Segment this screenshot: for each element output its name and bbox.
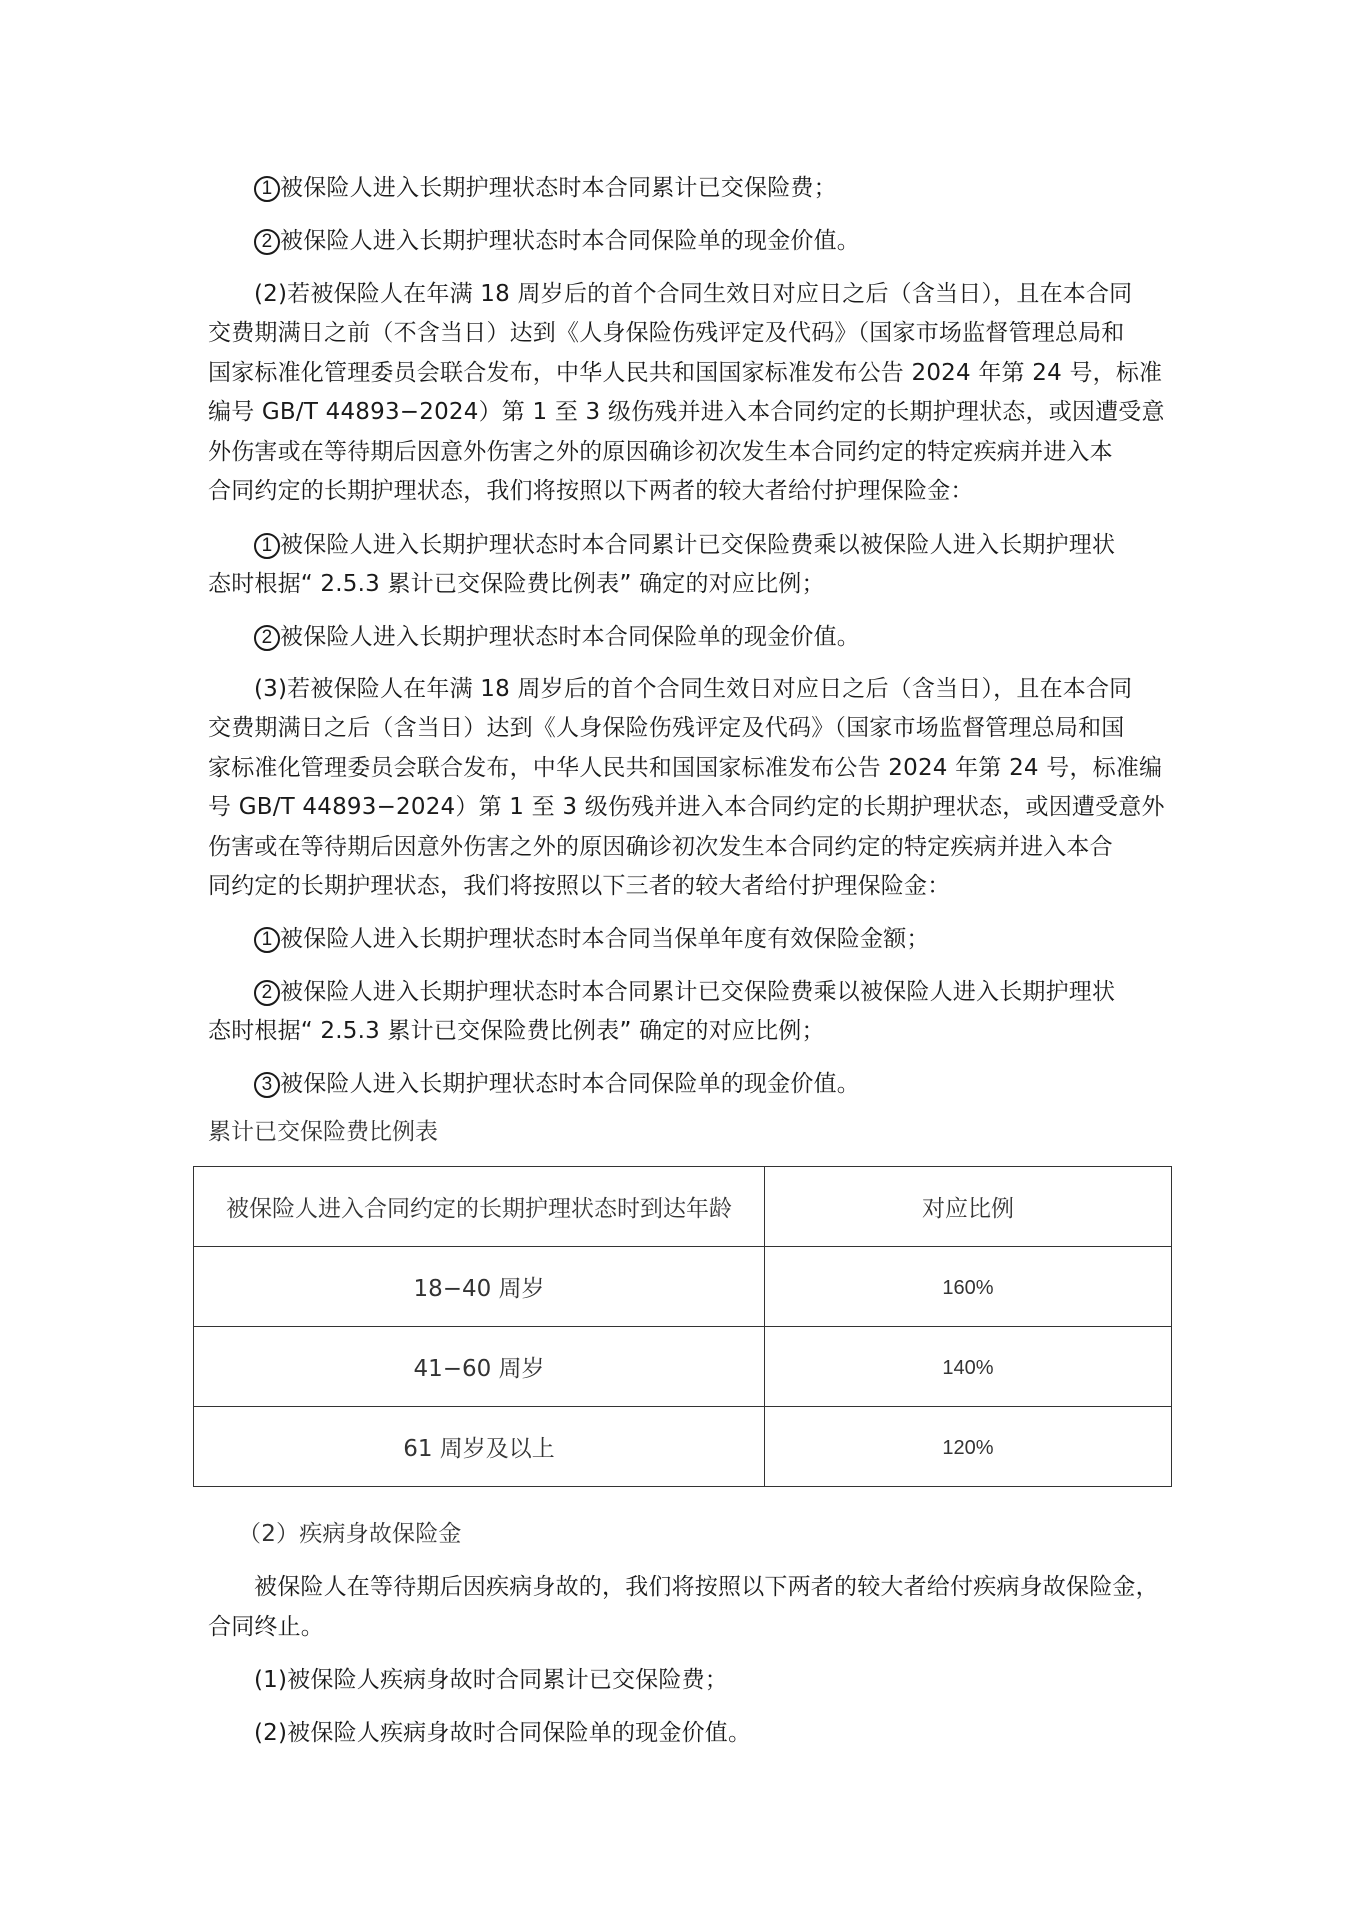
clause-2-item-1: 1被保险人进入长期护理状态时本合同累计已交保险费乘以被保险人进入长期护理状: [254, 525, 1115, 565]
circled-number: 1: [254, 927, 280, 953]
circled-number: 2: [254, 980, 280, 1006]
table-header-cell: 对应比例: [765, 1167, 1172, 1247]
circled-number: 3: [254, 1072, 280, 1098]
section-heading: （2）疾病身故保险金: [238, 1514, 462, 1554]
table-cell-age: 18−40 周岁: [194, 1247, 765, 1327]
table-header-row: 被保险人进入合同约定的长期护理状态时到达年龄 对应比例: [194, 1167, 1172, 1247]
clause-2-item-2: 2被保险人进入长期护理状态时本合同保险单的现金价值。: [254, 617, 860, 657]
clause-3-item-2: 2被保险人进入长期护理状态时本合同累计已交保险费乘以被保险人进入长期护理状: [254, 972, 1115, 1012]
circled-number: 2: [254, 625, 280, 651]
section-2-intro-line-1: 被保险人在等待期后因疾病身故的，我们将按照以下两者的较大者给付疾病身故保险金，: [254, 1567, 1159, 1607]
table-cell-age: 41−60 周岁: [194, 1327, 765, 1407]
document-page: 1被保险人进入长期护理状态时本合同累计已交保险费； 2被保险人进入长期护理状态时…: [0, 0, 1366, 1932]
circled-number: 1: [254, 176, 280, 202]
table-cell-ratio: 140%: [765, 1327, 1172, 1407]
clause-1-item-1: 1被保险人进入长期护理状态时本合同累计已交保险费；: [254, 168, 837, 208]
table-caption: 累计已交保险费比例表: [208, 1112, 438, 1152]
clause-3-item-1: 1被保险人进入长期护理状态时本合同当保单年度有效保险金额；: [254, 919, 930, 959]
section-2-item-2: (2)被保险人疾病身故时合同保险单的现金价值。: [254, 1713, 751, 1753]
circled-number: 1: [254, 533, 280, 559]
premium-ratio-table: 被保险人进入合同约定的长期护理状态时到达年龄 对应比例 18−40 周岁 160…: [193, 1166, 1172, 1487]
table-cell-ratio: 120%: [765, 1407, 1172, 1487]
table-cell-age: 61 周岁及以上: [194, 1407, 765, 1487]
section-2-item-1: (1)被保险人疾病身故时合同累计已交保险费；: [254, 1660, 728, 1700]
table-row: 41−60 周岁 140%: [194, 1327, 1172, 1407]
table-row: 18−40 周岁 160%: [194, 1247, 1172, 1327]
table-row: 61 周岁及以上 120%: [194, 1407, 1172, 1487]
section-2-intro-line-2: 合同终止。: [208, 1607, 324, 1647]
table-cell-ratio: 160%: [765, 1247, 1172, 1327]
clause-3-item-3: 3被保险人进入长期护理状态时本合同保险单的现金价值。: [254, 1064, 860, 1104]
table-header-cell: 被保险人进入合同约定的长期护理状态时到达年龄: [194, 1167, 765, 1247]
clause-1-item-2: 2被保险人进入长期护理状态时本合同保险单的现金价值。: [254, 221, 860, 261]
clause-3-item-2-cont: 态时根据“ 2.5.3 累计已交保险费比例表” 确定的对应比例；: [208, 1011, 825, 1051]
circled-number: 2: [254, 229, 280, 255]
clause-2-item-1-cont: 态时根据“ 2.5.3 累计已交保险费比例表” 确定的对应比例；: [208, 564, 825, 604]
